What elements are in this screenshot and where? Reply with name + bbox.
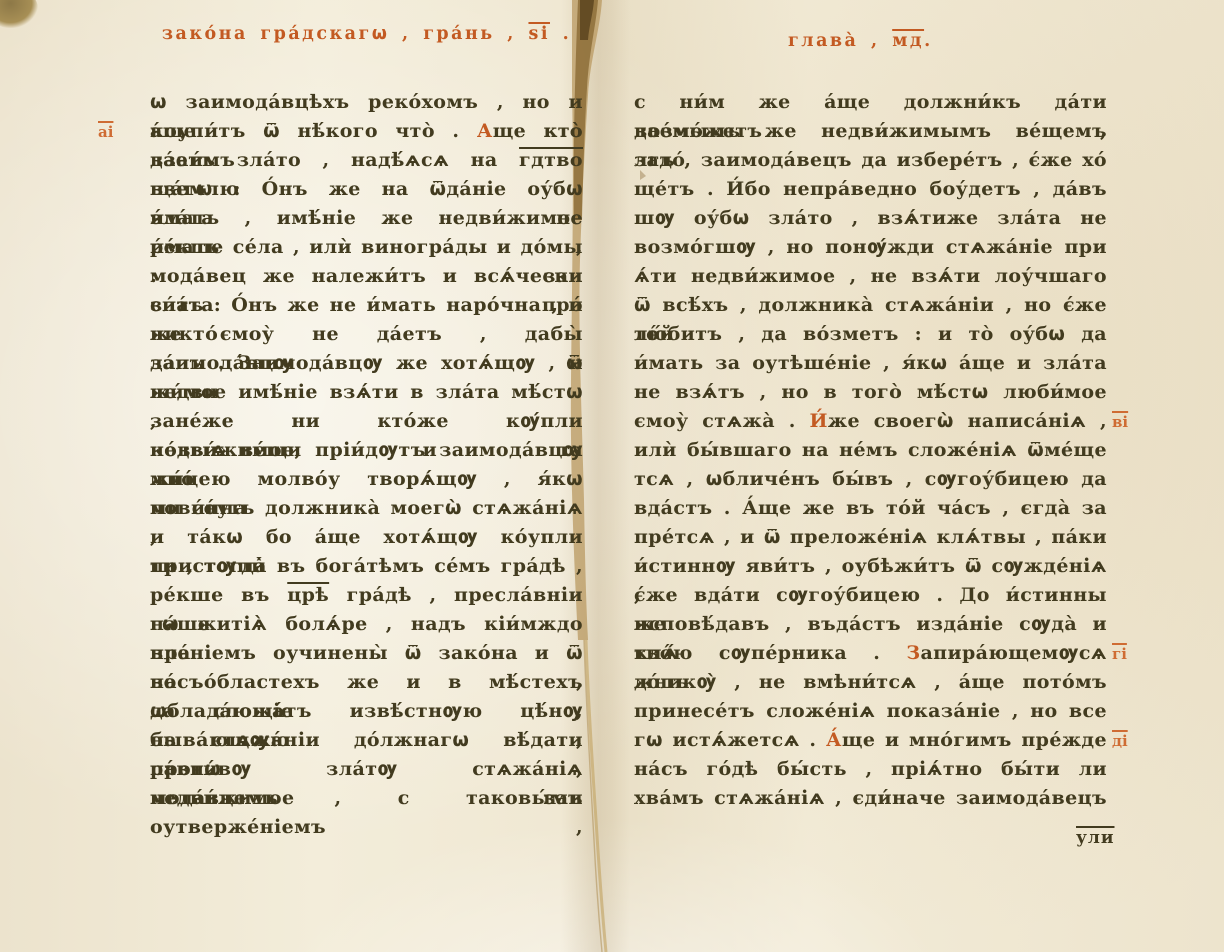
text-line: да́етъ зла́то , надѣ́ѧсѧ на гдтво вземлю bbox=[150, 146, 583, 175]
text-line: ѡ заимода́вцѣхъ реко́хомъ , но и а́ще кт… bbox=[150, 88, 583, 117]
text-segment: жникѹ̀ , не вмѣни́тсѧ , а́ще пото́мъ bbox=[634, 671, 1107, 693]
text-line: исповѣ́давъ , въда́стъ изда́ніе сѹда̀ и … bbox=[634, 610, 1107, 639]
catchword: ули bbox=[1076, 828, 1114, 848]
text-line: жникѹ̀ , не вмѣни́тсѧ , а́ще пото́мъ bbox=[634, 668, 1107, 697]
rubric-initial: А́ bbox=[826, 729, 842, 751]
margin-article-number: гі bbox=[1112, 639, 1127, 668]
text-line: илѝ бы́вшаго на не́мъ сложе́ніѧ ѿме́ще bbox=[634, 436, 1107, 465]
text-segment: зако́на гра́дскагѡ , гра́нь , bbox=[162, 24, 529, 44]
text-line: є́же вда́ти сѹгоу́бицею . До и́стинны же bbox=[634, 581, 1107, 610]
text-segment: лгъ , заимода́вецъ да избере́тъ , є́же х… bbox=[634, 149, 1107, 171]
text-line: ща́гѡ : О́нъ же на ѿда́ніе оу́бѡ зла́та … bbox=[150, 175, 583, 204]
margin-article-number: аі bbox=[98, 117, 113, 146]
text-line: принесе́тъ сложе́ніѧ показа́ніе , но все bbox=[634, 697, 1107, 726]
text-segment: на́съ го́дѣ бы́сть , пріѧ́тно бы́ти ли bbox=[634, 758, 1107, 780]
text-line: да́лъ . Заимода́вцѹ же хотѧ́щѹ , и недви bbox=[150, 349, 583, 378]
text-segment: возмо́гшѹ , но понѹ́жди стѧжа́ніе при bbox=[634, 236, 1107, 258]
text-segment: илѝ бы́вшаго на не́мъ сложе́ніѧ ѿме́ще bbox=[634, 439, 1107, 461]
text-line: мода́вцемъ , с таковы́мъ оутверже́ніемъ … bbox=[150, 784, 583, 813]
margin-article-number: ді bbox=[1112, 726, 1128, 755]
text-line: тсѧ , ѡбличе́нъ бы́въ , сѹгоу́бицею да bbox=[634, 465, 1107, 494]
text-segment: ѧ́ти недви́жимое , не взѧ́ти лоу́чшаго bbox=[634, 265, 1107, 287]
text-segment: да́етъ зла́то , надѣ́ѧсѧ на bbox=[150, 149, 519, 171]
right-page-text: с ни́м же а́ще должни́къ да́ти возмо́жет… bbox=[634, 88, 1107, 813]
text-line: си́тъ : О́нъ же не и́мать наро́чна , и н… bbox=[150, 291, 583, 320]
text-line: на стѧжа́ніи до́лжнагѡ вѣ́дати ра́внѡ , bbox=[150, 726, 583, 755]
text-segment: ре́кше въ bbox=[150, 584, 287, 606]
text-segment: принесе́тъ сложе́ніѧ показа́ніе , но все bbox=[634, 700, 1107, 722]
running-title-left: зако́на гра́дскагѡ , гра́нь , ѕі . bbox=[150, 24, 583, 44]
text-segment: ули bbox=[1076, 828, 1114, 848]
text-segment: лю́битъ , да во́зметъ : и то̀ оу́бѡ да bbox=[634, 323, 1107, 345]
text-line: шѹ оу́бѡ зла́то , взѧ́тиже зла́та не bbox=[634, 204, 1107, 233]
text-line: хва́мъ стѧжа́ніѧ , єди́наче заимода́вецъ bbox=[634, 784, 1107, 813]
text-segment: и́мать за оутѣше́ніе , я́кѡ а́ще и зла́т… bbox=[634, 352, 1107, 374]
text-segment: гдтво bbox=[519, 149, 583, 171]
text-line: гѡ истѧ́жетсѧ . А́ще и мно́гимъ пре́жде bbox=[634, 726, 1107, 755]
text-segment: ще и мно́гимъ пре́жде bbox=[842, 729, 1107, 751]
text-line: вда́стъ . А́ще же въ то́й ча́съ , єгда̀ … bbox=[634, 494, 1107, 523]
text-line: лю́битъ , да во́зметъ : и то̀ оу́бѡ да bbox=[634, 320, 1107, 349]
text-line: и́мать , имѣ́ніе же недви́жимое и́мать , bbox=[150, 204, 583, 233]
corner-smudge bbox=[0, 0, 38, 28]
text-line: с ни́м же а́ще должни́къ да́ти возмо́жет… bbox=[634, 88, 1107, 117]
book-scan: зако́на гра́дскагѡ , гра́нь , ѕі . глава… bbox=[0, 0, 1224, 952]
text-line: ѧ́ти недви́жимое , не взѧ́ти лоу́чшаго bbox=[634, 262, 1107, 291]
text-line: тво́ю сѹпе́рника . Запира́ющемѹсѧ до́лъ bbox=[634, 639, 1107, 668]
text-segment: хва́мъ стѧжа́ніѧ , єди́наче заимода́вецъ bbox=[634, 787, 1107, 809]
text-segment: глава̀ , bbox=[788, 31, 892, 51]
text-segment: ти , тогда̀ въ бога́тѣмъ се́мъ гра́дѣ , bbox=[150, 555, 583, 577]
text-line: лгъ , заимода́вецъ да избере́тъ , є́же х… bbox=[634, 146, 1107, 175]
text-line: ми со́уть должника̀ моегѡ̀ стѧжа́ніѧ , bbox=[150, 494, 583, 523]
text-segment: црѣ bbox=[287, 584, 329, 606]
text-line: во о́бластехъ же и в мѣ́стехъ ѡблада́ющі… bbox=[150, 668, 583, 697]
text-line: зане́же ни кто́же кѹ́пли недви́жимое, и … bbox=[150, 407, 583, 436]
text-line: ти , тогда̀ въ бога́тѣмъ се́мъ гра́дѣ , bbox=[150, 552, 583, 581]
text-line: возмо́гшѹ , но понѹ́жди стѧжа́ніе при bbox=[634, 233, 1107, 262]
text-segment: вда́стъ . А́ще же въ то́й ча́съ , єгда̀ … bbox=[634, 497, 1107, 519]
running-title-right: глава̀ , мд. bbox=[788, 31, 933, 51]
text-segment: . bbox=[924, 31, 933, 51]
text-segment: ще́тъ . И́бо непра́ведно боу́детъ , да́в… bbox=[634, 178, 1107, 200]
rubric-initial: А bbox=[477, 120, 493, 142]
text-segment: пре́тсѧ , и ѿ преложе́ніѧ клѧ́твы , па́к… bbox=[634, 526, 1107, 548]
text-line: же ємоу̀ не да́етъ , дабы̀ заимода́вцѹ ѿ bbox=[150, 320, 583, 349]
text-line: ємоу̀ стѧжа̀ . И́же своегѡ̀ написа́ніѧ , bbox=[634, 407, 1107, 436]
text-line: не взѧ́тъ , но в того̀ мѣ́стѡ люби́мое bbox=[634, 378, 1107, 407]
text-line: жи́цею молво́у творѧ́щѹ , я́кѡ пови́нна bbox=[150, 465, 583, 494]
text-line: коупи́тъ ѿ нѣ́кого что̀ . Аще кто̀ взаи́… bbox=[150, 117, 583, 146]
text-segment: мода́вцемъ , с таковы́мъ оутверже́ніемъ … bbox=[150, 787, 583, 838]
text-segment: мд bbox=[892, 31, 924, 51]
text-segment: коупи́тъ ѿ нѣ́кого что̀ . bbox=[150, 120, 477, 142]
text-line: на́съ го́дѣ бы́сть , пріѧ́тно бы́ти ли bbox=[634, 755, 1107, 784]
text-line: пре́тсѧ , и ѿ преложе́ніѧ клѧ́твы , па́к… bbox=[634, 523, 1107, 552]
text-segment: тво́ю сѹпе́рника . bbox=[634, 642, 906, 664]
text-line: и та́кѡ бо а́ще хотѧ́щѹ ко́упли пристѹпи… bbox=[150, 523, 583, 552]
text-segment: ѕі bbox=[528, 24, 550, 44]
left-page-text: ѡ заимода́вцѣхъ реко́хомъ , но и а́ще кт… bbox=[150, 88, 583, 813]
text-line: ѿ всѣ́хъ , должника̀ стѧжа́ніи , но є́же… bbox=[634, 291, 1107, 320]
text-segment: тсѧ , ѡбличе́нъ бы́въ , сѹгоу́бицею да bbox=[634, 468, 1107, 490]
margin-article-number: ві bbox=[1112, 407, 1128, 436]
text-segment: не взѧ́тъ , но в того̀ мѣ́стѡ люби́мое bbox=[634, 381, 1107, 403]
text-line: проти́вѹ зла́тѹ стѧжа́ніѧ недви́жимое за… bbox=[150, 755, 583, 784]
rubric-initial: З bbox=[906, 642, 920, 664]
text-line: ре́кше се́ла , илѝ виногра́ды и до́мы : … bbox=[150, 233, 583, 262]
text-line: и́мать за оутѣше́ніе , я́кѡ а́ще и зла́т… bbox=[634, 349, 1107, 378]
text-line: ще́тъ . И́бо непра́ведно боу́детъ , да́в… bbox=[634, 175, 1107, 204]
text-line: дае́мымъ же недви́жимымъ ве́щемъ задо́ bbox=[634, 117, 1107, 146]
text-segment: гѡ истѧ́жетсѧ . bbox=[634, 729, 826, 751]
text-line: жи́мое имѣ́ніе взѧ́ти в зла́та мѣ́стѡ , bbox=[150, 378, 583, 407]
text-line: ко́выѧ ве́щи пріи́дѹтъ заимода́вцѹ мно́ bbox=[150, 436, 583, 465]
text-segment: ємоу̀ стѧжа̀ . bbox=[634, 410, 810, 432]
text-line: мода́вец же належи́тъ и всѧ́чески зла́та… bbox=[150, 262, 583, 291]
text-line: да сложа́тъ извѣ́стнѹю цѣ́нѹ быва́ющѹю , bbox=[150, 697, 583, 726]
text-segment: же своегѡ̀ написа́ніѧ , bbox=[828, 410, 1107, 432]
text-line: вле́ніемъ оучинены̀ ѿ зако́на и ѿ на́съ … bbox=[150, 639, 583, 668]
text-line: гѡ житіѧ̀ болѧ́ре , надъ кіи́мждо пра bbox=[150, 610, 583, 639]
text-line: ре́кше въ црѣ гра́дѣ , пресла́вніи на́ше bbox=[150, 581, 583, 610]
text-line: и́стиннѹ яви́тъ , оубѣжи́тъ ѿ сѹжде́ніѧ … bbox=[634, 552, 1107, 581]
rubric-initial: И́ bbox=[810, 410, 828, 432]
text-segment: . bbox=[550, 24, 571, 44]
text-segment: шѹ оу́бѡ зла́то , взѧ́тиже зла́та не bbox=[634, 207, 1107, 229]
